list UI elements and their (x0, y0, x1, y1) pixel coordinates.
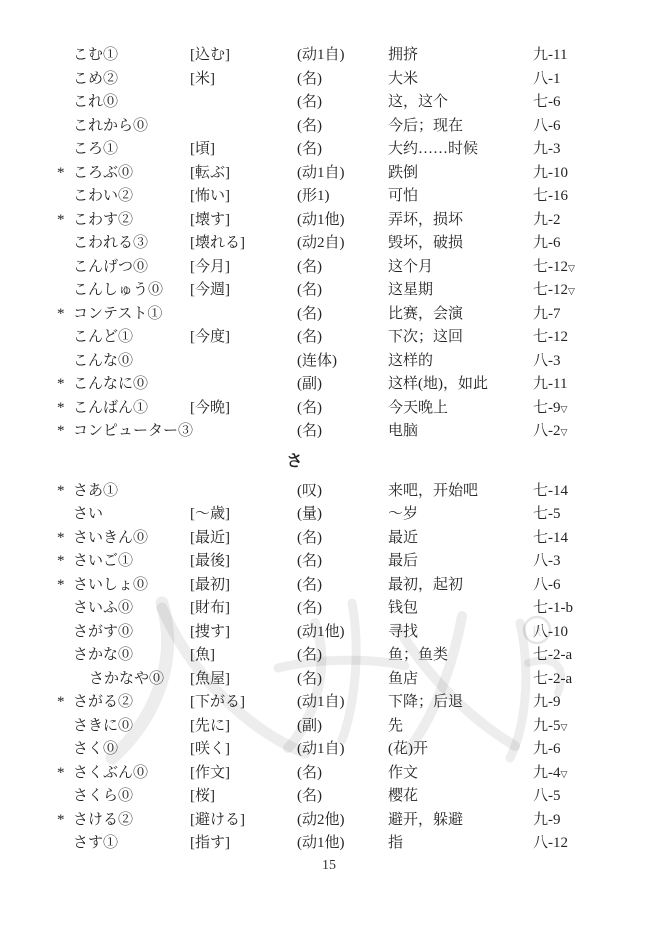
vocab-list: こむ①[込む](动1自)拥挤九-11こめ②[米](名)大米八-1これ⓪(名)这，… (57, 44, 620, 856)
lesson-ref-text: 七-12 (533, 329, 568, 345)
meaning: 这样(地)，如此 (388, 373, 533, 397)
part-of-speech: (名) (297, 138, 388, 162)
word-kanji: [今月] (190, 256, 297, 281)
vocabulary-page: R こむ①[込む](动1自)拥挤九-11こめ②[米](名)大米八-1これ⓪(名)… (0, 0, 658, 926)
star-marker (57, 832, 73, 856)
part-of-speech: (形1) (297, 185, 388, 209)
word-kana: さいしょ⓪ (73, 574, 190, 598)
word-kanji: [魚屋] (190, 668, 297, 692)
vocab-row: これから⓪(名)今后；现在八-6 (57, 115, 620, 139)
word-kana: こんしゅう⓪ (73, 279, 190, 304)
vocab-row: *こんなに⓪(副)这样(地)，如此九-11 (57, 373, 620, 397)
meaning: ～岁 (388, 503, 533, 527)
meaning: 避开，躲避 (388, 809, 533, 833)
vocab-row: さがす⓪[捜す](动1他)寻找八-10 (57, 621, 620, 645)
lesson-triangle-mark: ▽ (561, 404, 568, 414)
word-kana: こんな⓪ (73, 350, 190, 374)
word-kanji (190, 420, 297, 445)
lesson-ref: 七-14 (533, 527, 620, 551)
lesson-ref: 七-2-a (533, 644, 620, 668)
word-kanji (190, 91, 297, 115)
meaning: 今天晚上 (388, 397, 533, 422)
lesson-ref-text: 七-6 (533, 94, 561, 110)
word-kana: さい (73, 503, 190, 527)
star-marker: * (57, 809, 73, 833)
lesson-ref: 八-2▽ (533, 420, 620, 445)
lesson-ref-text: 七-16 (533, 188, 568, 204)
star-marker (57, 597, 73, 621)
star-marker (57, 668, 73, 692)
word-kana: こんど① (73, 326, 190, 350)
star-marker: * (57, 420, 73, 445)
star-marker: * (57, 527, 73, 551)
star-marker (57, 138, 73, 162)
word-kanji: [今週] (190, 279, 297, 304)
vocab-row: こんげつ⓪[今月](名)这个月七-12▽ (57, 256, 620, 280)
lesson-triangle-mark: ▽ (561, 427, 568, 437)
lesson-ref: 九-5▽ (533, 715, 620, 740)
star-marker (57, 256, 73, 281)
lesson-ref-text: 八-6 (533, 118, 561, 134)
lesson-ref: 七-6 (533, 91, 620, 115)
meaning: 先 (388, 715, 533, 740)
lesson-ref: 八-5 (533, 785, 620, 809)
word-kanji: [壊す] (190, 209, 297, 233)
meaning: 鱼店 (388, 668, 533, 692)
star-marker (57, 326, 73, 350)
lesson-ref: 九-11 (533, 373, 620, 397)
part-of-speech: (名) (297, 527, 388, 551)
lesson-ref-text: 九-11 (533, 376, 567, 392)
word-kana: コンテスト① (73, 303, 190, 327)
vocab-row: さかなや⓪[魚屋](名)鱼店七-2-a (57, 668, 620, 692)
word-kana: さかなや⓪ (73, 668, 190, 692)
word-kana: これ⓪ (73, 91, 190, 115)
word-kanji: [桜] (190, 785, 297, 809)
part-of-speech: (名) (297, 91, 388, 115)
vocab-row: *さいしょ⓪[最初](名)最初，起初八-6 (57, 574, 620, 598)
part-of-speech: (动1自) (297, 691, 388, 715)
lesson-ref-text: 九-11 (533, 47, 567, 63)
lesson-ref: 七-14 (533, 480, 620, 504)
word-kana: こむ① (73, 44, 190, 68)
word-kanji (190, 350, 297, 374)
part-of-speech: (名) (297, 644, 388, 668)
vocab-row: *コンピューター③(名)电脑八-2▽ (57, 420, 620, 444)
part-of-speech: (动1自) (297, 44, 388, 68)
word-kanji: [転ぶ] (190, 162, 297, 186)
word-kanji: [最後] (190, 550, 297, 574)
part-of-speech: (动1他) (297, 209, 388, 233)
meaning: 大约……时候 (388, 138, 533, 162)
lesson-ref: 八-6 (533, 115, 620, 139)
word-kanji: [下がる] (190, 691, 297, 715)
star-marker (57, 115, 73, 139)
word-kanji (190, 480, 297, 504)
lesson-ref: 九-2 (533, 209, 620, 233)
star-marker (57, 279, 73, 304)
vocab-row: さきに⓪[先に](副)先九-5▽ (57, 715, 620, 739)
vocab-row: *コンテスト①(名)比赛，会演九-7 (57, 303, 620, 327)
word-kana: こんげつ⓪ (73, 256, 190, 281)
star-marker (57, 350, 73, 374)
meaning: 指 (388, 832, 533, 856)
part-of-speech: (量) (297, 503, 388, 527)
vocab-row: こむ①[込む](动1自)拥挤九-11 (57, 44, 620, 68)
meaning: 这样的 (388, 350, 533, 374)
lesson-ref-text: 九-9 (533, 812, 561, 828)
section-header: さ (57, 444, 620, 480)
word-kana: コンピューター③ (73, 420, 190, 445)
lesson-ref-text: 七-2-a (533, 671, 572, 687)
part-of-speech: (连体) (297, 350, 388, 374)
word-kana: さきに⓪ (73, 715, 190, 740)
lesson-ref-text: 七-12 (533, 282, 568, 298)
vocab-row: さかな⓪[魚](名)鱼；鱼类七-2-a (57, 644, 620, 668)
vocab-row: *さける②[避ける](动2他)避开，躲避九-9 (57, 809, 620, 833)
word-kanji: [壊れる] (190, 232, 297, 256)
lesson-ref-text: 八-6 (533, 577, 561, 593)
meaning: 寻找 (388, 621, 533, 645)
lesson-ref-text: 八-1 (533, 71, 561, 87)
lesson-ref-text: 七-14 (533, 483, 568, 499)
star-marker: * (57, 762, 73, 787)
star-marker (57, 644, 73, 668)
meaning: 跌倒 (388, 162, 533, 186)
vocab-row: さいふ⓪[財布](名)钱包七-1-b (57, 597, 620, 621)
star-marker: * (57, 162, 73, 186)
lesson-ref-text: 九-9 (533, 694, 561, 710)
lesson-ref-text: 七-9 (533, 400, 561, 416)
word-kanji: [最近] (190, 527, 297, 551)
word-kanji: [最初] (190, 574, 297, 598)
part-of-speech: (动1自) (297, 738, 388, 762)
meaning: 最后 (388, 550, 533, 574)
word-kanji: [作文] (190, 762, 297, 787)
word-kana: さがる② (73, 691, 190, 715)
vocab-row: こんな⓪(连体)这样的八-3 (57, 350, 620, 374)
vocab-row: *さくぶん⓪[作文](名)作文九-4▽ (57, 762, 620, 786)
lesson-ref-text: 七-2-a (533, 647, 572, 663)
star-marker: * (57, 303, 73, 327)
word-kana: さす① (73, 832, 190, 856)
word-kana: さくぶん⓪ (73, 762, 190, 787)
lesson-ref: 七-12▽ (533, 256, 620, 281)
part-of-speech: (名) (297, 397, 388, 422)
lesson-ref: 九-10 (533, 162, 620, 186)
vocab-row: *さあ①(叹)来吧，开始吧七-14 (57, 480, 620, 504)
meaning: 这星期 (388, 279, 533, 304)
meaning: 电脑 (388, 420, 533, 445)
word-kana: こんなに⓪ (73, 373, 190, 397)
lesson-ref: 八-3 (533, 350, 620, 374)
star-marker (57, 738, 73, 762)
lesson-ref: 七-1-b (533, 597, 620, 621)
lesson-ref-text: 九-5 (533, 718, 561, 734)
lesson-ref-text: 八-3 (533, 353, 561, 369)
vocab-row: こわれる③[壊れる](动2自)毁坏，破损九-6 (57, 232, 620, 256)
word-kana: さかな⓪ (73, 644, 190, 668)
lesson-ref: 七-2-a (533, 668, 620, 692)
word-kanji (190, 373, 297, 397)
word-kanji: [魚] (190, 644, 297, 668)
page-number: 15 (0, 858, 658, 874)
part-of-speech: (动1他) (297, 621, 388, 645)
word-kana: さくら⓪ (73, 785, 190, 809)
vocab-row: こんしゅう⓪[今週](名)这星期七-12▽ (57, 279, 620, 303)
word-kanji: [～歳] (190, 503, 297, 527)
meaning: 大米 (388, 68, 533, 92)
word-kana: これから⓪ (73, 115, 190, 139)
meaning: 弄坏，损坏 (388, 209, 533, 233)
part-of-speech: (名) (297, 326, 388, 350)
star-marker (57, 185, 73, 209)
star-marker: * (57, 373, 73, 397)
meaning: 鱼；鱼类 (388, 644, 533, 668)
vocab-row: さい[～歳](量)～岁七-5 (57, 503, 620, 527)
word-kana: さいきん⓪ (73, 527, 190, 551)
word-kana: こわす② (73, 209, 190, 233)
part-of-speech: (名) (297, 550, 388, 574)
vocab-row: *こんばん①[今晩](名)今天晚上七-9▽ (57, 397, 620, 421)
lesson-ref: 八-12 (533, 832, 620, 856)
part-of-speech: (名) (297, 420, 388, 445)
lesson-ref-text: 七-1-b (533, 600, 573, 616)
lesson-ref-text: 八-3 (533, 553, 561, 569)
lesson-ref-text: 九-7 (533, 306, 561, 322)
vocab-row: *さがる②[下がる](动1自)下降；后退九-9 (57, 691, 620, 715)
lesson-ref-text: 八-12 (533, 835, 568, 851)
word-kanji: [怖い] (190, 185, 297, 209)
lesson-ref: 九-9 (533, 691, 620, 715)
lesson-ref-text: 九-3 (533, 141, 561, 157)
meaning: 这个月 (388, 256, 533, 281)
lesson-triangle-mark: ▽ (568, 286, 575, 296)
lesson-ref: 九-6 (533, 232, 620, 256)
word-kanji: [咲く] (190, 738, 297, 762)
word-kana: さく⓪ (73, 738, 190, 762)
lesson-ref: 七-12▽ (533, 279, 620, 304)
vocab-row: *さいきん⓪[最近](名)最近七-14 (57, 527, 620, 551)
star-marker (57, 503, 73, 527)
star-marker (57, 91, 73, 115)
word-kanji: [今晩] (190, 397, 297, 422)
word-kanji: [頃] (190, 138, 297, 162)
part-of-speech: (动2自) (297, 232, 388, 256)
part-of-speech: (动1他) (297, 832, 388, 856)
word-kanji: [込む] (190, 44, 297, 68)
word-kana: さいふ⓪ (73, 597, 190, 621)
meaning: 下次；这回 (388, 326, 533, 350)
word-kana: さがす⓪ (73, 621, 190, 645)
lesson-ref-text: 八-5 (533, 788, 561, 804)
lesson-ref: 九-3 (533, 138, 620, 162)
star-marker: * (57, 397, 73, 422)
vocab-row: *ころぶ⓪[転ぶ](动1自)跌倒九-10 (57, 162, 620, 186)
star-marker: * (57, 691, 73, 715)
part-of-speech: (名) (297, 785, 388, 809)
lesson-ref-text: 九-2 (533, 212, 561, 228)
star-marker (57, 68, 73, 92)
vocab-row: さくら⓪[桜](名)樱花八-5 (57, 785, 620, 809)
meaning: 比赛，会演 (388, 303, 533, 327)
lesson-ref: 九-4▽ (533, 762, 620, 787)
meaning: 下降；后退 (388, 691, 533, 715)
meaning: 这，这个 (388, 91, 533, 115)
meaning: 毁坏，破损 (388, 232, 533, 256)
meaning: 可怕 (388, 185, 533, 209)
lesson-ref: 九-9 (533, 809, 620, 833)
lesson-ref: 八-6 (533, 574, 620, 598)
part-of-speech: (名) (297, 597, 388, 621)
star-marker (57, 785, 73, 809)
word-kanji: [米] (190, 68, 297, 92)
word-kanji: [避ける] (190, 809, 297, 833)
lesson-ref-text: 八-2 (533, 423, 561, 439)
word-kanji (190, 115, 297, 139)
part-of-speech: (动1自) (297, 162, 388, 186)
word-kana: こわれる③ (73, 232, 190, 256)
word-kana: こめ② (73, 68, 190, 92)
vocab-row: さく⓪[咲く](动1自)(花)开九-6 (57, 738, 620, 762)
word-kanji: [捜す] (190, 621, 297, 645)
lesson-ref-text: 八-10 (533, 624, 568, 640)
meaning: 最初，起初 (388, 574, 533, 598)
word-kana: こわい② (73, 185, 190, 209)
meaning: 拥挤 (388, 44, 533, 68)
part-of-speech: (名) (297, 668, 388, 692)
vocab-row: ころ①[頃](名)大约……时候九-3 (57, 138, 620, 162)
word-kana: さける② (73, 809, 190, 833)
lesson-ref-text: 九-10 (533, 165, 568, 181)
part-of-speech: (名) (297, 68, 388, 92)
lesson-ref-text: 九-4 (533, 765, 561, 781)
star-marker: * (57, 209, 73, 233)
lesson-triangle-mark: ▽ (568, 263, 575, 273)
part-of-speech: (名) (297, 574, 388, 598)
vocab-row: さす①[指す](动1他)指八-12 (57, 832, 620, 856)
part-of-speech: (名) (297, 303, 388, 327)
lesson-ref-text: 七-14 (533, 530, 568, 546)
lesson-ref-text: 九-6 (533, 741, 561, 757)
meaning: 钱包 (388, 597, 533, 621)
part-of-speech: (副) (297, 715, 388, 740)
lesson-ref: 八-3 (533, 550, 620, 574)
vocab-row: こんど①[今度](名)下次；这回七-12 (57, 326, 620, 350)
star-marker: * (57, 480, 73, 504)
lesson-ref: 七-9▽ (533, 397, 620, 422)
word-kanji: [指す] (190, 832, 297, 856)
lesson-triangle-mark: ▽ (561, 769, 568, 779)
meaning: 作文 (388, 762, 533, 787)
lesson-ref-text: 七-5 (533, 506, 561, 522)
lesson-ref: 九-6 (533, 738, 620, 762)
part-of-speech: (名) (297, 256, 388, 281)
part-of-speech: (名) (297, 762, 388, 787)
part-of-speech: (副) (297, 373, 388, 397)
vocab-row: これ⓪(名)这，这个七-6 (57, 91, 620, 115)
lesson-ref-text: 九-6 (533, 235, 561, 251)
lesson-triangle-mark: ▽ (561, 722, 568, 732)
meaning: 最近 (388, 527, 533, 551)
part-of-speech: (名) (297, 279, 388, 304)
word-kana: さあ① (73, 480, 190, 504)
star-marker (57, 621, 73, 645)
word-kanji (190, 303, 297, 327)
word-kana: ころ① (73, 138, 190, 162)
meaning: 来吧，开始吧 (388, 480, 533, 504)
vocab-row: *こわす②[壊す](动1他)弄坏，损坏九-2 (57, 209, 620, 233)
word-kanji: [今度] (190, 326, 297, 350)
part-of-speech: (名) (297, 115, 388, 139)
vocab-row: *さいご①[最後](名)最后八-3 (57, 550, 620, 574)
lesson-ref: 七-12 (533, 326, 620, 350)
star-marker (57, 232, 73, 256)
lesson-ref: 八-10 (533, 621, 620, 645)
star-marker: * (57, 550, 73, 574)
part-of-speech: (叹) (297, 480, 388, 504)
lesson-ref: 九-11 (533, 44, 620, 68)
lesson-ref: 九-7 (533, 303, 620, 327)
word-kana: ころぶ⓪ (73, 162, 190, 186)
star-marker (57, 715, 73, 740)
lesson-ref: 七-16 (533, 185, 620, 209)
lesson-ref: 八-1 (533, 68, 620, 92)
word-kana: さいご① (73, 550, 190, 574)
star-marker (57, 44, 73, 68)
word-kana: こんばん① (73, 397, 190, 422)
vocab-row: こめ②[米](名)大米八-1 (57, 68, 620, 92)
meaning: 樱花 (388, 785, 533, 809)
word-kanji: [先に] (190, 715, 297, 740)
star-marker: * (57, 574, 73, 598)
lesson-ref: 七-5 (533, 503, 620, 527)
meaning: (花)开 (388, 738, 533, 762)
lesson-ref-text: 七-12 (533, 259, 568, 275)
part-of-speech: (动2他) (297, 809, 388, 833)
word-kanji: [財布] (190, 597, 297, 621)
vocab-row: こわい②[怖い](形1)可怕七-16 (57, 185, 620, 209)
meaning: 今后；现在 (388, 115, 533, 139)
